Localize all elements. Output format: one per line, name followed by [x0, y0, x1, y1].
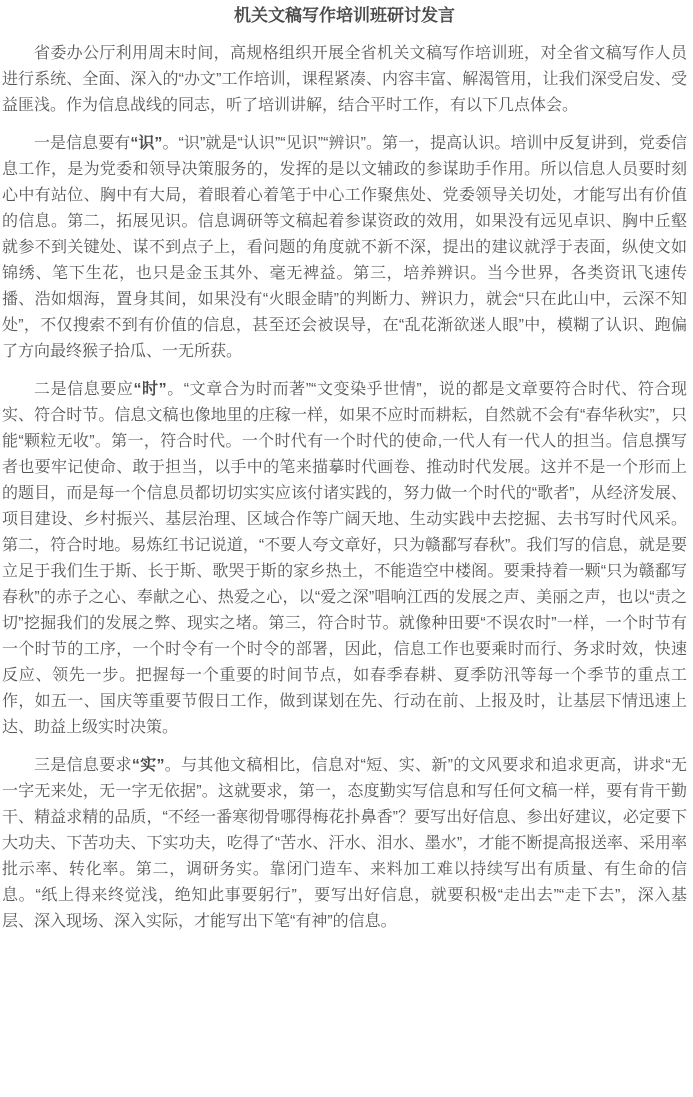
document-title: 机关文稿写作培训班研讨发言	[2, 5, 687, 27]
keyword-emphasis: “时”	[133, 381, 166, 398]
paragraph: 省委办公厅利用周末时间，高规格组织开展全省机关文稿写作培训班，对全省文稿写作人员…	[2, 41, 687, 119]
paragraph-text: 。与其他文稿相比，信息对“短、实、新”的文风要求和追求更高，讲求“无一字无来处，…	[2, 757, 687, 930]
keyword-emphasis: “实”	[132, 757, 165, 774]
paragraph: 三是信息要求“实”。与其他文稿相比，信息对“短、实、新”的文风要求和追求更高，讲…	[2, 753, 687, 935]
document-page: 机关文稿写作培训班研讨发言 省委办公厅利用周末时间，高规格组织开展全省机关文稿写…	[0, 0, 689, 935]
paragraph-text: 省委办公厅利用周末时间，高规格组织开展全省机关文稿写作培训班，对全省文稿写作人员…	[2, 45, 687, 114]
document-body: 省委办公厅利用周末时间，高规格组织开展全省机关文稿写作培训班，对全省文稿写作人员…	[2, 41, 687, 935]
paragraph-text: 。“文章合为时而著”“文变染乎世情”，说的都是文章要符合时代、符合现实、符合时节…	[2, 381, 687, 736]
paragraph-text: 。“识”就是“认识”“见识”“辨识”。第一，提高认识。培训中反复讲到，党委信息工…	[2, 135, 687, 360]
paragraph: 二是信息要应“时”。“文章合为时而著”“文变染乎世情”，说的都是文章要符合时代、…	[2, 377, 687, 741]
keyword-emphasis: “识”	[130, 135, 162, 152]
paragraph: 一是信息要有“识”。“识”就是“认识”“见识”“辨识”。第一，提高认识。培训中反…	[2, 131, 687, 365]
paragraph-text: 二是信息要应	[34, 381, 133, 398]
paragraph-text: 一是信息要有	[34, 135, 130, 152]
paragraph-text: 三是信息要求	[34, 757, 132, 774]
